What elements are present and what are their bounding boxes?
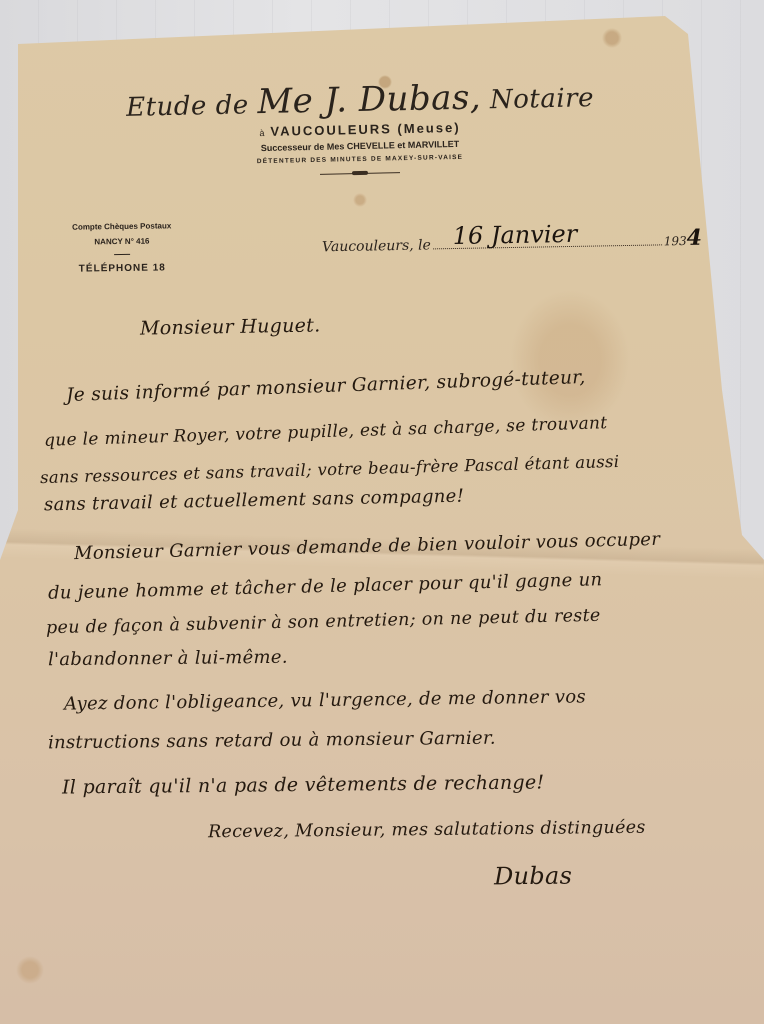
letter-line: sans travail et actuellement sans compag… [44,486,465,516]
letter-salutation: Monsieur Huguet. [140,314,321,339]
letter-line: que le mineur Royer, votre pupille, est … [44,413,608,451]
letter-line: instructions sans retard ou à monsieur G… [48,728,496,754]
letter-line: sans ressources et sans travail; votre b… [40,452,620,487]
letter-line: Ayez donc l'obligeance, vu l'urgence, de… [64,686,586,714]
letter-line: du jeune homme et tâcher de le placer po… [48,569,603,604]
letter-paper: Etude de Me J. Dubas, Notaire àVAUCOULEU… [0,0,764,1024]
letter-line: l'abandonner à lui-même. [48,647,288,671]
signature: Dubas [494,862,572,891]
letter-line: peu de façon à subvenir à son entretien;… [46,606,601,639]
letter-line: Je suis informé par monsieur Garnier, su… [66,367,586,406]
letter-line: Il paraît qu'il n'a pas de vêtements de … [62,771,545,798]
letter-body: Monsieur Huguet. Je suis informé par mon… [0,0,764,1024]
letter-closing: Recevez, Monsieur, mes salutations disti… [208,818,646,843]
letter-line: Monsieur Garnier vous demande de bien vo… [74,529,661,564]
